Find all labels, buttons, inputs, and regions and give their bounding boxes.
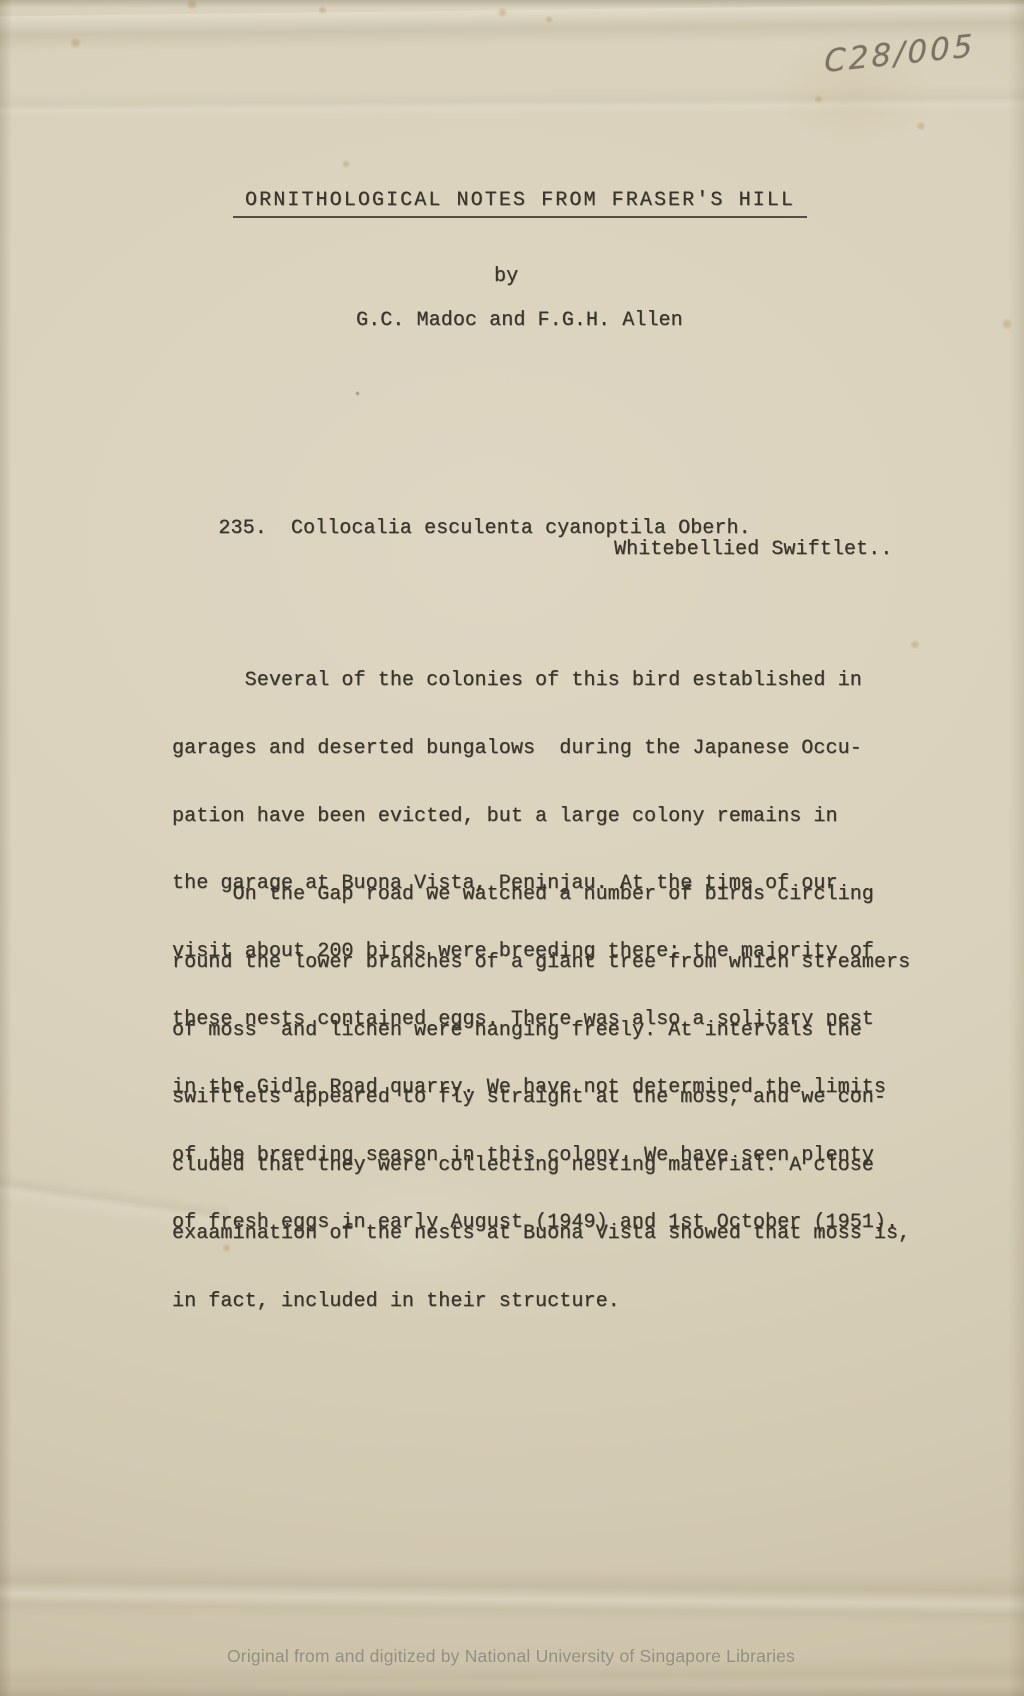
typewritten-line: cluded that they were collecting nesting… [172,1155,910,1177]
paper-edge-shadow [0,0,1024,8]
typewritten-line: Several of the colonies of this bird est… [172,670,898,692]
foxing-spot [497,8,508,17]
paper-edge-shadow [0,0,12,1696]
paper-edge-shadow [0,1684,1024,1696]
foxing-spot [545,16,553,23]
entry-number: 235. [218,517,266,540]
foxing-spot [186,0,198,9]
foxing-spot [814,95,823,103]
document-page: C28/005 ORNITHOLOGICAL NOTES FROM FRASER… [0,0,1024,1696]
document-title: ORNITHOLOGICAL NOTES FROM FRASER'S HILL [233,189,807,218]
paper-crease [0,1562,1024,1625]
foxing-spot [318,6,327,14]
paper-edge-shadow [1008,0,1024,1696]
foxing-spot [70,38,81,48]
ink-speck [355,391,360,396]
typewritten-line: swiftlets appeared to fly straight at th… [172,1087,910,1109]
foxing-spot [342,160,350,168]
typewritten-line: exaamination of the nests at Buona Vista… [172,1223,910,1245]
paper-crease [0,84,1024,117]
byline-label: by [494,265,518,288]
foxing-spot [916,122,926,130]
foxing-spot [910,640,920,649]
authors: G.C. Madoc and F.G.H. Allen [356,309,683,332]
paragraph-2: On the Gap road we watched a number of b… [172,838,910,1359]
typewritten-line: pation have been evicted, but a large co… [172,806,898,828]
entry-species-name: Collocalia esculenta cyanoptila Oberh. [291,517,751,540]
archival-mark-handwritten: C28/005 [824,28,975,80]
entry-common-name: Whitebellied Swiftlet.. [614,538,892,561]
typewritten-line: of moss and lichen were hanging freely. … [172,1020,910,1042]
typewritten-line: in fact, included in their structure. [172,1291,910,1313]
typewritten-line: On the Gap road we watched a number of b… [172,884,910,906]
scanned-document: { "document": { "archival_mark": "C28/00… [0,0,1024,1696]
digitization-watermark: Original from and digitized by National … [227,1646,795,1667]
foxing-spot [1002,318,1012,330]
typewritten-line: round the lower branches of a giant tree… [172,952,910,974]
typewritten-line: garages and deserted bungalows during th… [172,738,898,760]
